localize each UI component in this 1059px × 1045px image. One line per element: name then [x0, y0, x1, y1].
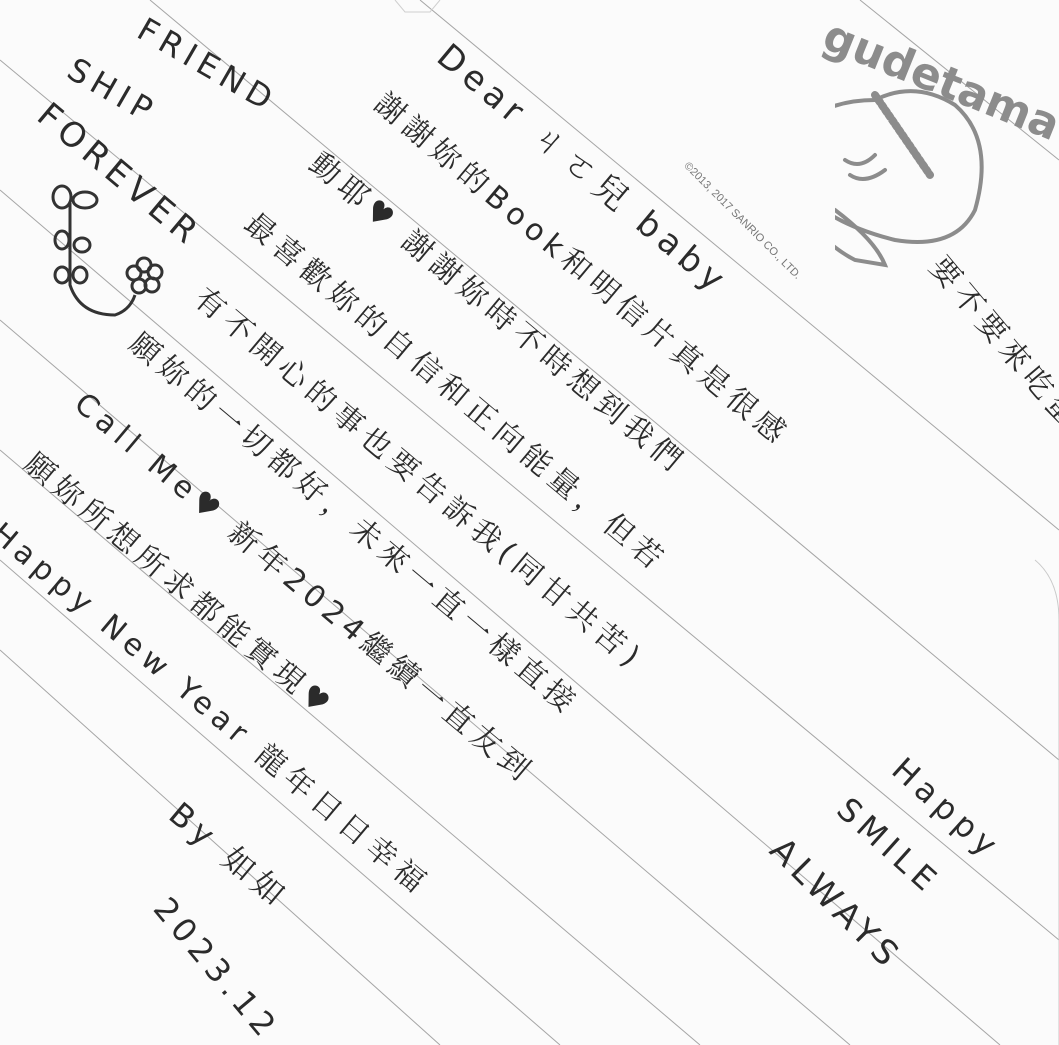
flower-vine-doodle-icon: [40, 175, 170, 325]
gudetama-logo: gudetama: [835, 10, 1035, 270]
greeting-card: gudetama ©2013, 2017 SANRIO CO., LTD. 要不…: [0, 0, 1059, 1045]
